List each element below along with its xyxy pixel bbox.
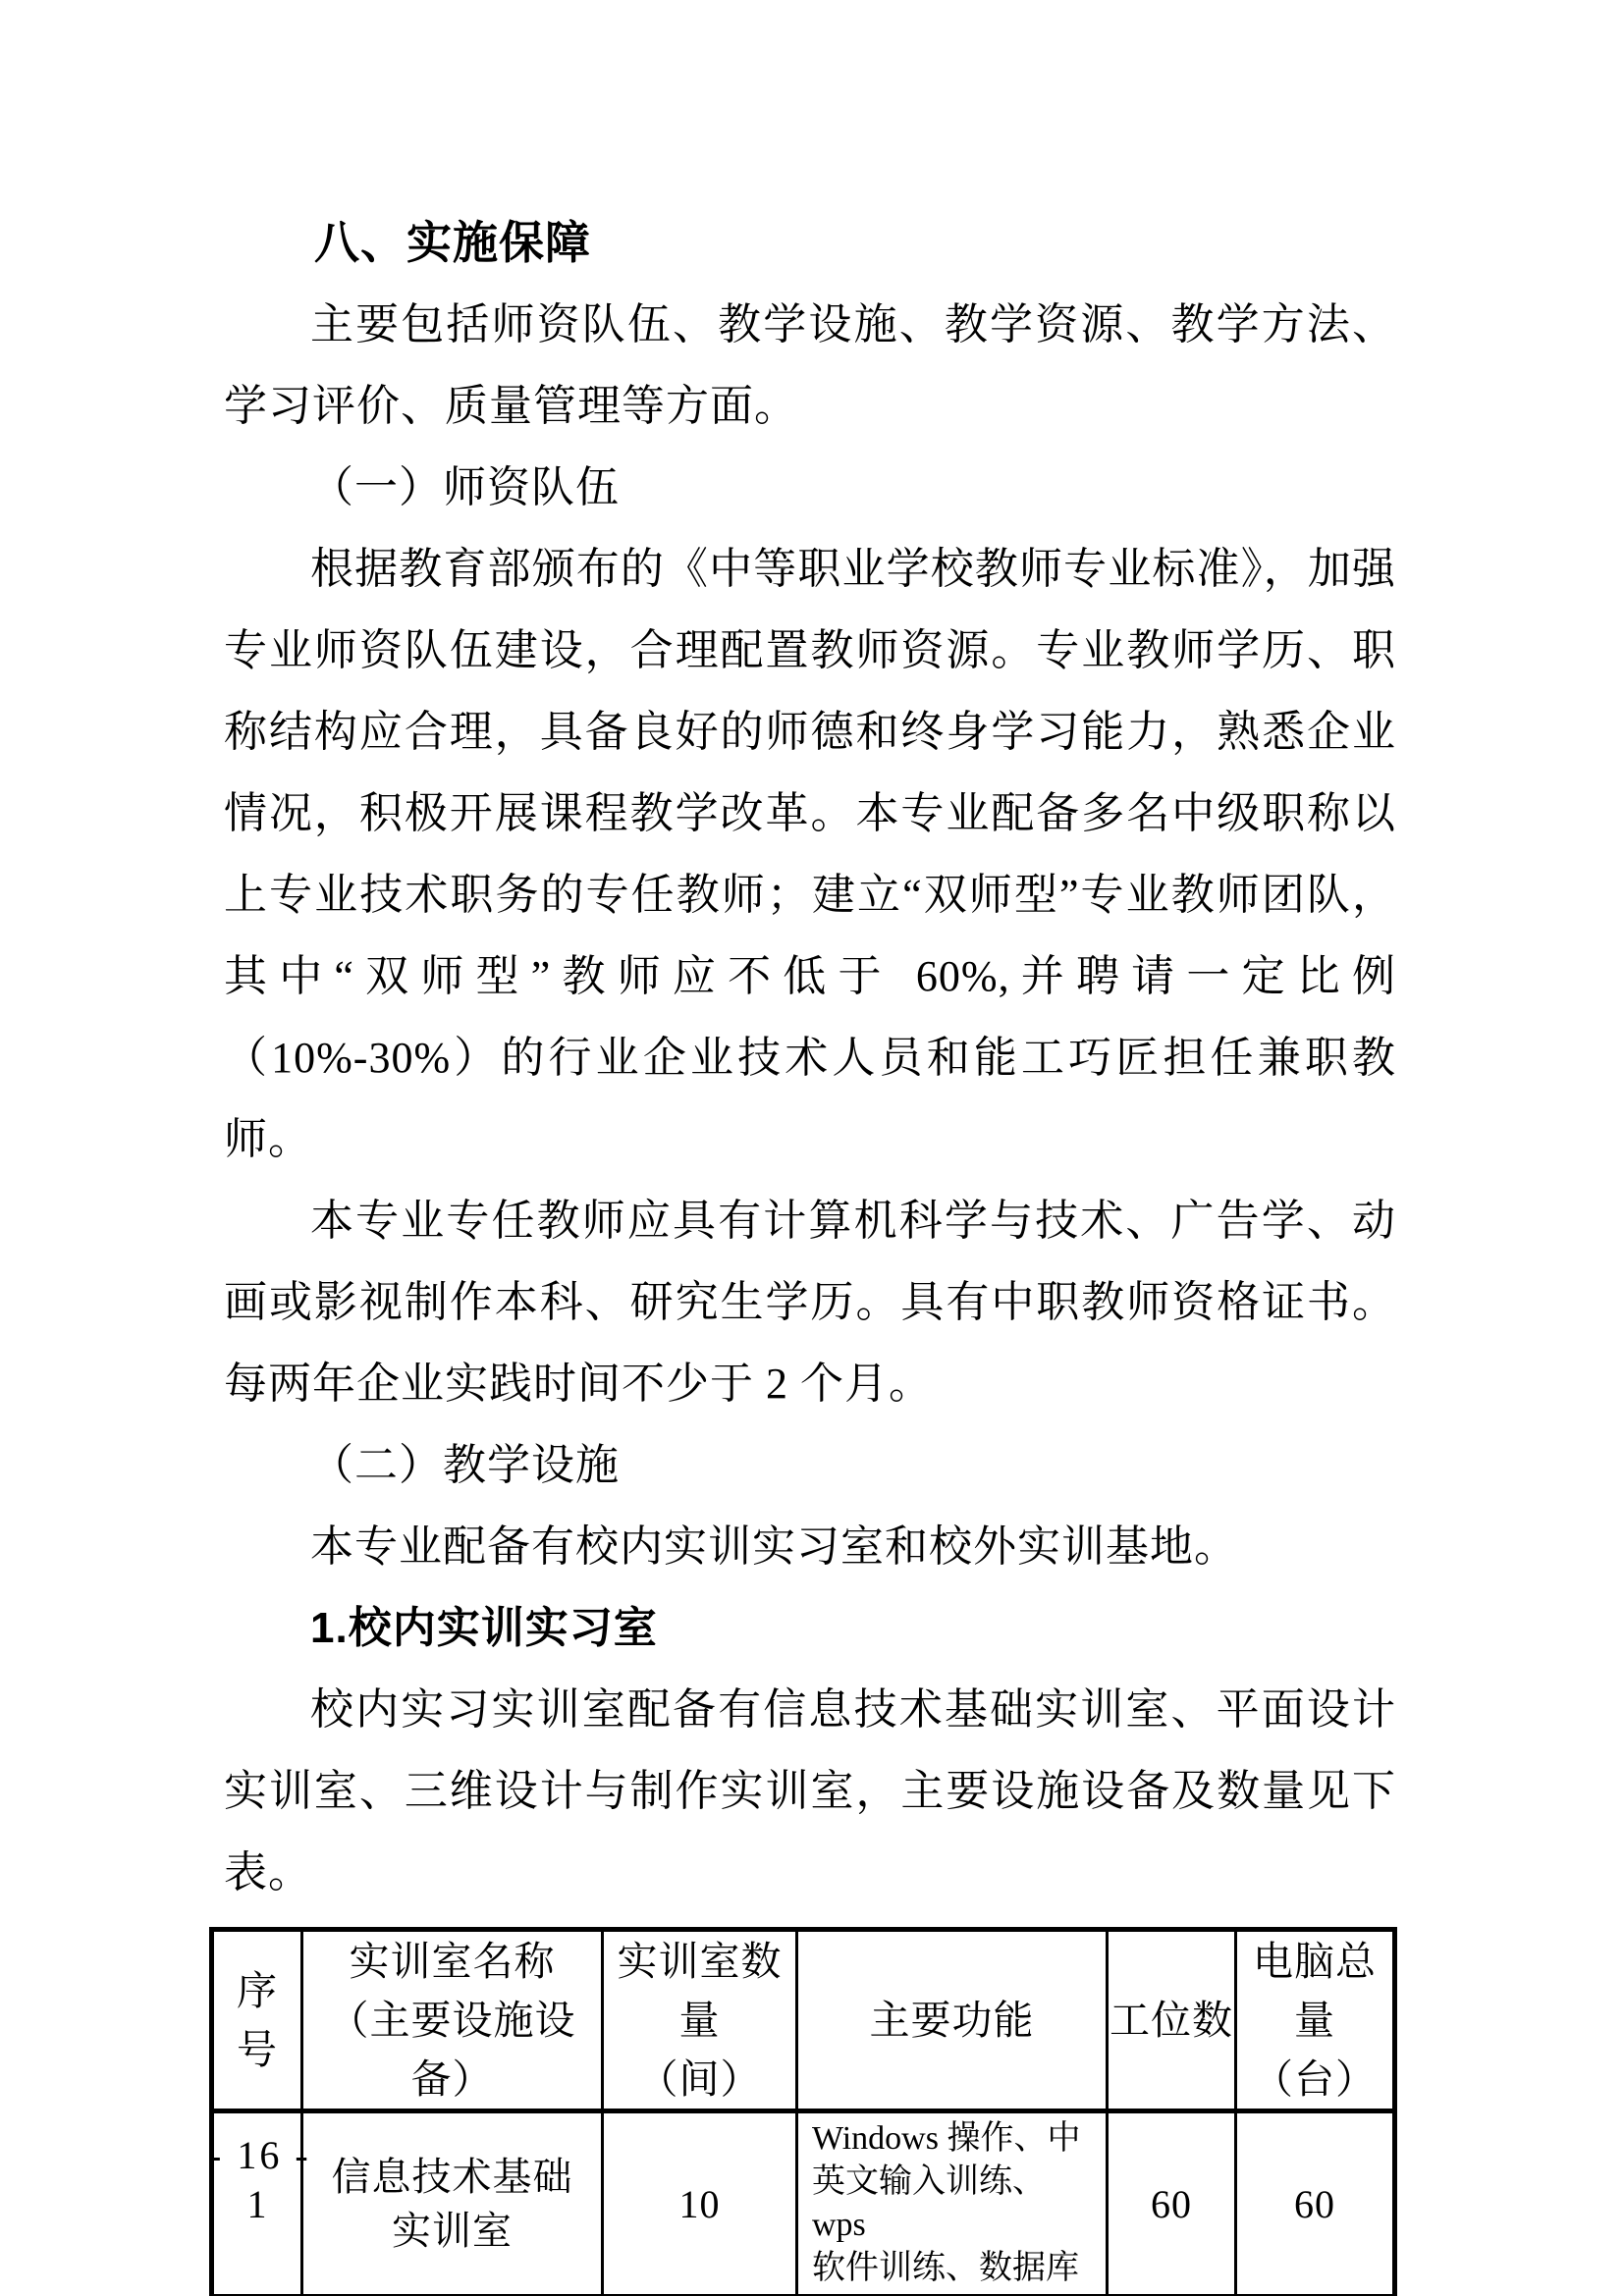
page-content: 八、实施保障 主要包括师资队伍、教学设施、教学资源、教学方法、学习评价、质量管理… (224, 202, 1396, 2296)
col-header-room-count: 实训室数量 （间） (603, 1930, 797, 2111)
cell-computers: 60 (1236, 2111, 1395, 2296)
subsection-heading-teachers: （一）师资队伍 (224, 447, 1396, 528)
page-number: - 16 - (208, 2132, 311, 2178)
col-header-workstations: 工位数 (1108, 1930, 1236, 2111)
cell-room-count: 10 (603, 2111, 797, 2296)
teachers-paragraph-1: 根据教育部颁布的《中等职业学校教师专业标准》，加强专业师资队伍建设，合理配置教师… (224, 528, 1396, 1180)
table-header-row: 序 号 实训室名称 （主要设施设备） 实训室数量 （间） 主要功能 工位数 电脑… (212, 1930, 1395, 2111)
cell-room-name: 信息技术基础 实训室 (302, 2111, 603, 2296)
intro-paragraph: 主要包括师资队伍、教学设施、教学资源、教学方法、学习评价、质量管理等方面。 (224, 284, 1396, 447)
document-page: 八、实施保障 主要包括师资队伍、教学设施、教学资源、教学方法、学习评价、质量管理… (0, 0, 1624, 2296)
col-header-index: 序 号 (212, 1930, 302, 2111)
col-header-main-function: 主要功能 (797, 1930, 1108, 2111)
table-row: 1 信息技术基础 实训室 10 Windows 操作、中 英文输入训练、wps … (212, 2111, 1395, 2296)
col-header-room-name: 实训室名称 （主要设施设备） (302, 1930, 603, 2111)
col-header-computers: 电脑总量 （台） (1236, 1930, 1395, 2111)
facilities-table: 序 号 实训室名称 （主要设施设备） 实训室数量 （间） 主要功能 工位数 电脑… (209, 1927, 1397, 2296)
cell-main-function: Windows 操作、中 英文输入训练、wps 软件训练、数据库 (797, 2111, 1108, 2296)
cell-workstations: 60 (1108, 2111, 1236, 2296)
facilities-paragraph: 本专业配备有校内实训实习室和校外实训基地。 (224, 1506, 1396, 1587)
main-section-heading: 八、实施保障 (224, 202, 1396, 284)
sub-heading-campus-training-rooms: 1.校内实训实习室 (224, 1587, 1396, 1669)
teachers-paragraph-2: 本专业专任教师应具有计算机科学与技术、广告学、动画或影视制作本科、研究生学历。具… (224, 1180, 1396, 1424)
subsection-heading-facilities: （二）教学设施 (224, 1424, 1396, 1506)
campus-training-rooms-paragraph: 校内实习实训室配备有信息技术基础实训室、平面设计实训室、三维设计与制作实训室，主… (224, 1669, 1396, 1913)
